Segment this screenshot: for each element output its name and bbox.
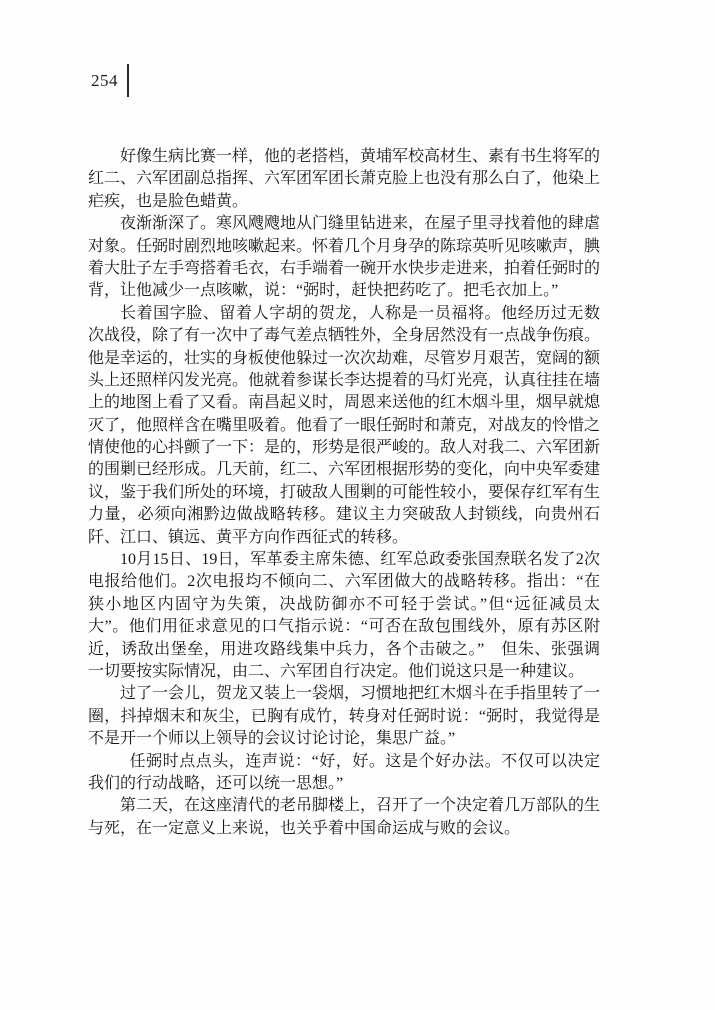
text-line: 过了一会儿，贺龙又装上一袋烟，习惯地把红木烟斗在手指里转了一 bbox=[88, 683, 600, 705]
text-line: 好像生病比赛一样，他的老搭档，黄埔军校高材生、素有书生将军的 bbox=[88, 146, 600, 168]
text-line: 长着国字脸、留着人字胡的贺龙，人称是一员福将。他经历过无数 bbox=[88, 303, 600, 325]
text-line: 他是幸运的，壮实的身板使他躲过一次次劫难，尽管岁月艰苦，宽阔的额 bbox=[88, 348, 600, 370]
text-line: 狭小地区内固守为失策，决战防御亦不可轻于尝试。”但“远征减员太 bbox=[88, 594, 600, 616]
text-line: 的围剿已经形成。几天前，红二、六军团根据形势的变化，向中央军委建 bbox=[88, 459, 600, 481]
text-line: 上的地图上看了又看。南昌起义时，周恩来送他的红木烟斗里，烟早就熄 bbox=[88, 392, 600, 414]
text-line: 次战役，除了有一次中了毒气差点牺牲外，全身居然没有一点战争伤痕。 bbox=[88, 325, 600, 347]
text-line: 近，诱敌出堡垒，用进攻路线集中兵力，各个击破之。” 但朱、张强调 bbox=[88, 639, 600, 661]
body-text: 好像生病比赛一样，他的老搭档，黄埔军校高材生、素有书生将军的红二、六军团副总指挥… bbox=[88, 146, 600, 840]
page-number-divider bbox=[127, 64, 129, 97]
text-line: 头上还照样闪发光亮。他就着参谋长李达提着的马灯光亮，认真往挂在墙 bbox=[88, 370, 600, 392]
text-line: 灭了，他照样含在嘴里吸着。他看了一眼任弼时和萧克，对战友的怜惜之 bbox=[88, 415, 600, 437]
text-line: 疟疾，也是脸色蜡黄。 bbox=[88, 191, 600, 213]
page-number: 254 bbox=[91, 72, 118, 89]
text-line: 着大肚子左手弯搭着毛衣，右手端着一碗开水快步走进来，拍着任弼时的 bbox=[88, 258, 600, 280]
text-line: 大”。他们用征求意见的口气指示说：“可否在敌包围线外，原有苏区附 bbox=[88, 616, 600, 638]
text-line: 阡、江口、镇远、黄平方向作西征式的转移。 bbox=[88, 527, 600, 549]
text-line: 我们的行动战略，还可以统一思想。” bbox=[88, 773, 600, 795]
text-line: 圈，抖掉烟末和灰尘，已胸有成竹，转身对任弼时说：“弼时，我觉得是 bbox=[88, 706, 600, 728]
page-header: 254 bbox=[91, 63, 129, 97]
text-line: 背，让他减少一点咳嗽，说：“弼时，赶快把药吃了。把毛衣加上。” bbox=[88, 280, 600, 302]
text-line: 与死，在一定意义上来说，也关乎着中国命运成与败的会议。 bbox=[88, 818, 600, 840]
text-line: 不是开一个师以上领导的会议讨论讨论，集思广益。” bbox=[88, 728, 600, 750]
text-line: 一切要按实际情况，由二、六军团自行决定。他们说这只是一种建议。 bbox=[88, 661, 600, 683]
text-line: 对象。任弼时剧烈地咳嗽起来。怀着几个月身孕的陈琮英听见咳嗽声，腆 bbox=[88, 236, 600, 258]
book-page: 254 好像生病比赛一样，他的老搭档，黄埔军校高材生、素有书生将军的红二、六军团… bbox=[0, 0, 715, 1010]
text-line: 电报给他们。2次电报均不倾向二、六军团做大的战略转移。指出：“在 bbox=[88, 571, 600, 593]
text-line: 红二、六军团副总指挥、六军团军团长萧克脸上也没有那么白了，他染上 bbox=[88, 168, 600, 190]
text-line: 任弼时点点头，连声说：“好，好。这是个好办法。不仅可以决定 bbox=[88, 751, 600, 773]
text-line: 力量，必须向湘黔边做战略转移。建议主力突破敌人封锁线，向贵州石 bbox=[88, 504, 600, 526]
text-line: 议，鉴于我们所处的环境，打破敌人围剿的可能性较小，要保存红军有生 bbox=[88, 482, 600, 504]
text-line: 情使他的心抖颤了一下：是的，形势是很严峻的。敌人对我二、六军团新 bbox=[88, 437, 600, 459]
text-line: 10月15日、19日，军革委主席朱德、红军总政委张国焘联名发了2次 bbox=[88, 549, 600, 571]
text-line: 夜渐渐深了。寒风飕飕地从门缝里钻进来，在屋子里寻找着他的肆虐 bbox=[88, 213, 600, 235]
text-line: 第二天，在这座清代的老吊脚楼上，召开了一个决定着几万部队的生 bbox=[88, 795, 600, 817]
